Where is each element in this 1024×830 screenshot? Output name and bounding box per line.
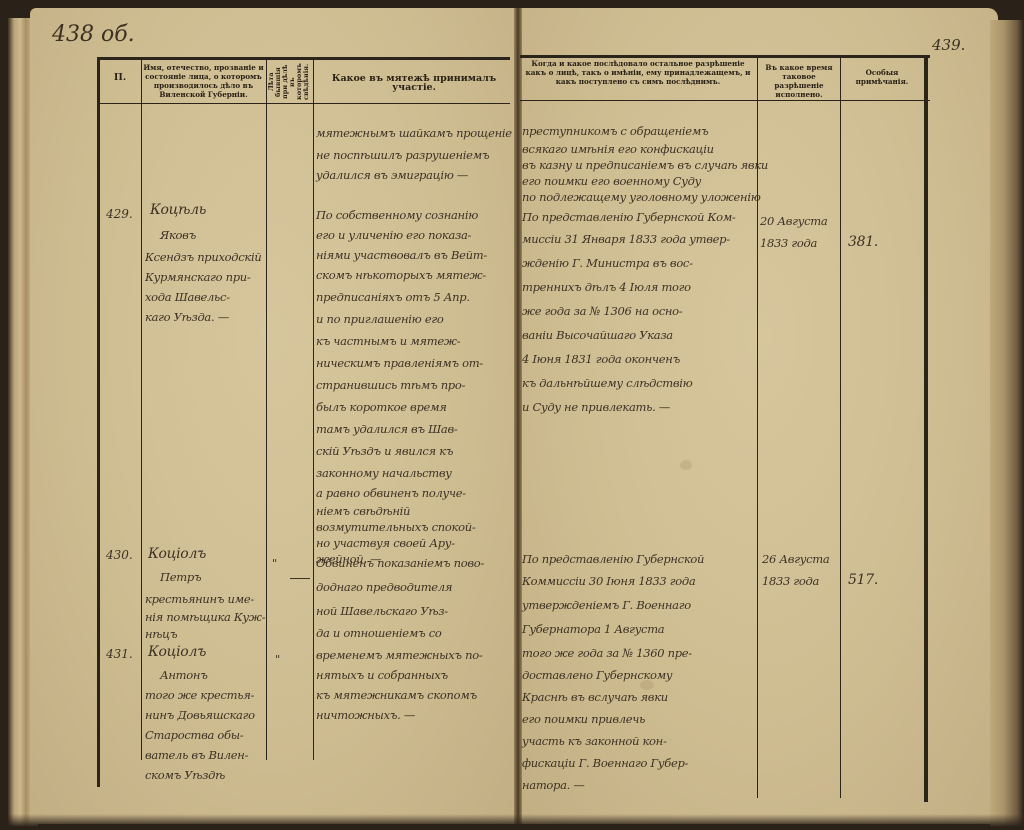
entry-given-name: Петръ [160, 570, 201, 584]
bottom-shadow [0, 814, 1024, 830]
header-notes: Особыя примѣчанія. [842, 68, 922, 86]
table-top-rule-right [520, 55, 930, 58]
header-bottom-rule-left [100, 103, 510, 104]
left-page-number: 438 об. [52, 22, 135, 47]
entry-note: 381. [848, 234, 878, 250]
header-age: Лѣта бывшія при дѣлѣ въ которомъ свѣдѣні… [268, 62, 312, 102]
header-bottom-rule-right [520, 100, 930, 101]
book-spine [514, 8, 522, 824]
table-left-border [97, 57, 100, 787]
entry-given-name: Антонъ [160, 668, 208, 682]
entry-executed-year: 1833 года [760, 236, 817, 250]
entry-note: 517. [848, 572, 878, 588]
entry-number: 429. [106, 207, 133, 221]
entry-executed-date: 20 Августа [760, 214, 827, 228]
ditto-mark: " [275, 652, 280, 666]
col-divider [266, 60, 267, 760]
entry-status: того же крестья- [145, 688, 254, 702]
table-top-rule-left [100, 57, 510, 60]
entry-executed-date: 26 Августа [762, 552, 829, 566]
table-right-border [924, 56, 928, 802]
header-resolution: Когда и какое послѣдовало остальное разр… [520, 59, 756, 86]
header-executed: Въ какое время таковое разрѣшеніе исполн… [759, 63, 839, 99]
dash-mark [290, 578, 310, 579]
entry-number: 431. [106, 647, 133, 661]
ledger-book-spread: 438 об. 439. П. Имя, отечество, прозвані… [0, 0, 1024, 830]
col-divider [840, 58, 841, 798]
col-divider [141, 60, 142, 760]
entry-status: крестьянинъ име- [145, 592, 254, 606]
right-page-number: 439. [932, 36, 965, 54]
paper-stain [680, 460, 692, 470]
entry-number: 430. [106, 548, 133, 562]
entry-surname: Коціолъ [148, 546, 206, 562]
entry-given-name: Яковъ [160, 228, 196, 242]
right-page-edges [990, 20, 1024, 830]
entry-surname: Коціолъ [148, 644, 206, 660]
entry-surname: Коцѣль [150, 202, 206, 218]
entry-status: Ксендзъ приходскій [145, 250, 261, 264]
ditto-mark: " [272, 556, 277, 570]
header-number: П. [100, 73, 140, 82]
header-name: Имя, отечество, прозваніе и состояніе ли… [143, 63, 264, 99]
header-participation: Какое въ мятежѣ принималъ участіе. [316, 74, 512, 92]
entry-executed-year: 1833 года [762, 574, 819, 588]
col-divider [313, 60, 314, 760]
